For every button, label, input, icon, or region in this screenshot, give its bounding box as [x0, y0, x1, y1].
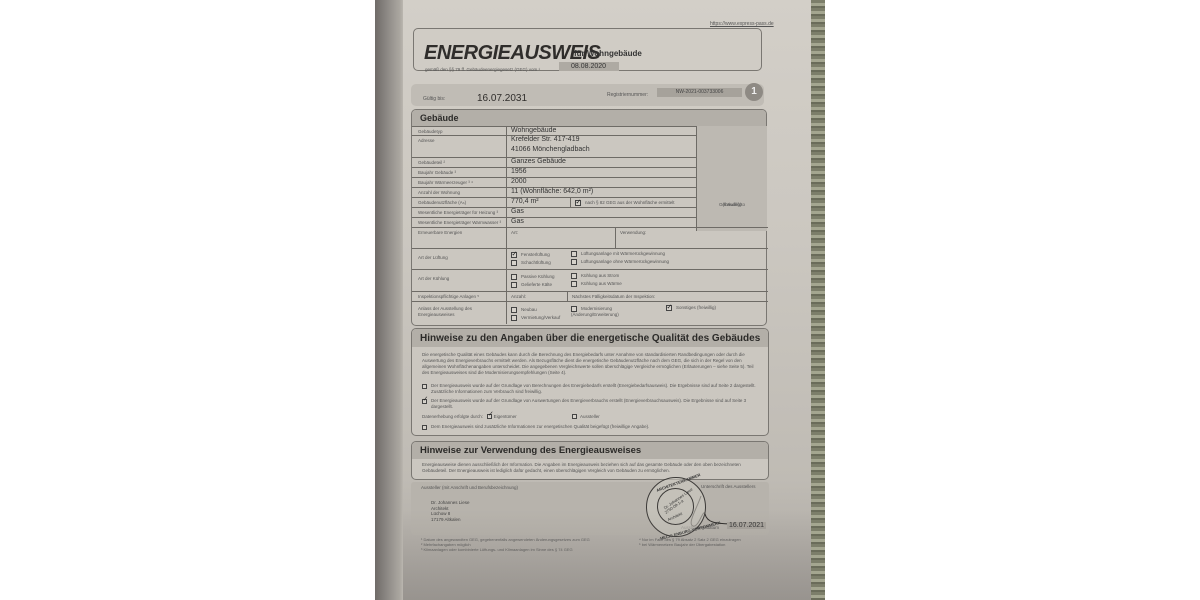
- official-stamp-icon: ARCHITEKTENKAMMER MECKLENBURG-VORPOMMERN…: [646, 477, 706, 537]
- issue-date: 16.07.2021: [727, 522, 766, 529]
- checkbox-vermietung-verkauf[interactable]: [511, 315, 517, 321]
- page-number-badge: 1: [745, 83, 763, 101]
- checkbox-aussteller[interactable]: [572, 414, 577, 419]
- issuer-label: Aussteller (mit Anschrift und Berufsbeze…: [421, 485, 518, 490]
- building-section: Gebäude Gebäudefoto(freiwillig) Gebäudet…: [411, 109, 767, 326]
- row-anzahl-wohnungen: Anzahl der Wohnung 11 (Wohnfläche: 642,0…: [412, 187, 696, 197]
- usage-notes-heading: Hinweise zur Verwendung des Energieauswe…: [412, 442, 768, 459]
- checkbox-neubau[interactable]: [511, 307, 517, 313]
- checkbox-wohnflaeche[interactable]: [575, 200, 581, 206]
- row-nutzflaeche: Gebäudenutzfläche (Aₙ) 770,4 m² nach § 8…: [412, 197, 696, 207]
- checkbox-modernisierung[interactable]: [571, 306, 577, 312]
- checkbox-bedarfsausweis[interactable]: [422, 384, 427, 389]
- checkbox-passive-kuehlung[interactable]: [511, 274, 517, 280]
- law-date: 08.08.2020: [559, 62, 619, 71]
- registration-number: NW-2021-003733006: [657, 88, 742, 97]
- validity-bar: Gültig bis: 16.07.2031 Registriernummer:…: [411, 84, 764, 106]
- footnotes-right: ⁴ Nur im Falle des § 79 Absatz 2 Satz 2 …: [639, 537, 779, 547]
- checkbox-lueftungsanlage-ohne-wrg[interactable]: [571, 259, 577, 265]
- option-bedarfsausweis: Der Energieausweis wurde auf der Grundla…: [422, 383, 762, 395]
- document-photo: EXPRESS-PASS 316545 https://www.express-…: [375, 0, 825, 600]
- checkbox-lueftungsanlage-mit-wrg[interactable]: [571, 251, 577, 257]
- valid-until-label: Gültig bis:: [423, 96, 445, 102]
- checkbox-zusatzinfo[interactable]: [422, 425, 427, 430]
- datenerhebung-row: Datenerhebung erfolgte durch: Eigentümer…: [422, 414, 762, 420]
- signature-label: Unterschrift des Ausstellers: [701, 484, 756, 489]
- valid-until-value: 16.07.2031: [477, 93, 527, 104]
- issuer-box: Aussteller (mit Anschrift und Berufsbeze…: [411, 482, 769, 535]
- building-heading: Gebäude: [412, 110, 766, 126]
- usage-notes-text: Energieausweise dienen ausschließlich de…: [422, 462, 762, 474]
- row-baujahr-waermeerzeuger: Baujahr Wärmeerzeuger ³ ⁴ 2000: [412, 177, 696, 187]
- building-photo-placeholder: Gebäudefoto(freiwillig): [696, 126, 767, 231]
- row-erneuerbare-energien: Erneuerbare Energien Art: Verwendung:: [412, 227, 768, 248]
- checkbox-kuehlung-strom[interactable]: [571, 273, 577, 279]
- energy-quality-heading: Hinweise zu den Angaben über die energet…: [412, 329, 768, 347]
- checkbox-kuehlung-waerme[interactable]: [571, 281, 577, 287]
- row-gebaeudeteil: Gebäudeteil ² Ganzes Gebäude: [412, 157, 696, 167]
- checkbox-gelieferte-kaelte[interactable]: [511, 282, 517, 288]
- document-subtitle: für Wohngebäude: [574, 49, 642, 58]
- photo-sublabel: (freiwillig): [697, 202, 767, 208]
- option-zusatzinfo: Dem Energieausweis sind zusätzliche Info…: [422, 424, 762, 430]
- usage-notes-section: Hinweise zur Verwendung des Energieauswe…: [411, 441, 769, 480]
- row-anlass: Anlass der Ausstellung des Energieauswei…: [412, 301, 768, 325]
- checkbox-sonstiges[interactable]: [666, 305, 672, 311]
- row-kuehlung: Art der Kühlung Passive Kühlung Geliefer…: [412, 269, 768, 291]
- row-energietraeger-heizung: Wesentliche Energieträger für Heizung ³ …: [412, 207, 696, 217]
- title-box: ENERGIEAUSWEIS für Wohngebäude gemäß den…: [413, 28, 762, 71]
- energy-quality-intro: Die energetische Qualität eines Gebäudes…: [422, 352, 762, 376]
- row-gebaeudetyp: Gebäudetyp Wohngebäude: [412, 126, 696, 135]
- energy-certificate-page: EXPRESS-PASS 316545 https://www.express-…: [403, 0, 811, 600]
- energy-quality-notes-section: Hinweise zu den Angaben über die energet…: [411, 328, 769, 436]
- row-lueftung: Art der Lüftung Fensterlüftung Schachtlü…: [412, 248, 768, 269]
- footnotes-left: ¹ Datum des angewandten GEG, gegebenenfa…: [421, 537, 611, 552]
- registration-label: Registriernummer:: [607, 92, 648, 98]
- row-baujahr-gebaeude: Baujahr Gebäude ³ 1956: [412, 167, 696, 177]
- checkbox-fensterlueftung[interactable]: [511, 252, 517, 258]
- checkbox-verbrauchsausweis[interactable]: [422, 399, 427, 404]
- checkbox-schachtlueftung[interactable]: [511, 260, 517, 266]
- website-link[interactable]: https://www.express-pass.de: [710, 21, 774, 27]
- row-energietraeger-warmwasser: Wesentliche Energieträger Warmwasser ³ G…: [412, 217, 696, 227]
- issuer-address: Dr. Johannes Liese Architekt Lüchow 8 17…: [431, 500, 470, 522]
- row-inspektion: Inspektionspflichtige Anlagen ⁵ Anzahl: …: [412, 291, 768, 301]
- option-verbrauchsausweis: Der Energieausweis wurde auf der Grundla…: [422, 398, 762, 410]
- law-reference: gemäß den §§ 79 ff. Gebäudeenergiegesetz…: [425, 67, 540, 72]
- row-adresse: Adresse Krefelder Str. 417-419 41066 Mön…: [412, 135, 696, 157]
- checkbox-eigentuemer[interactable]: [487, 414, 492, 419]
